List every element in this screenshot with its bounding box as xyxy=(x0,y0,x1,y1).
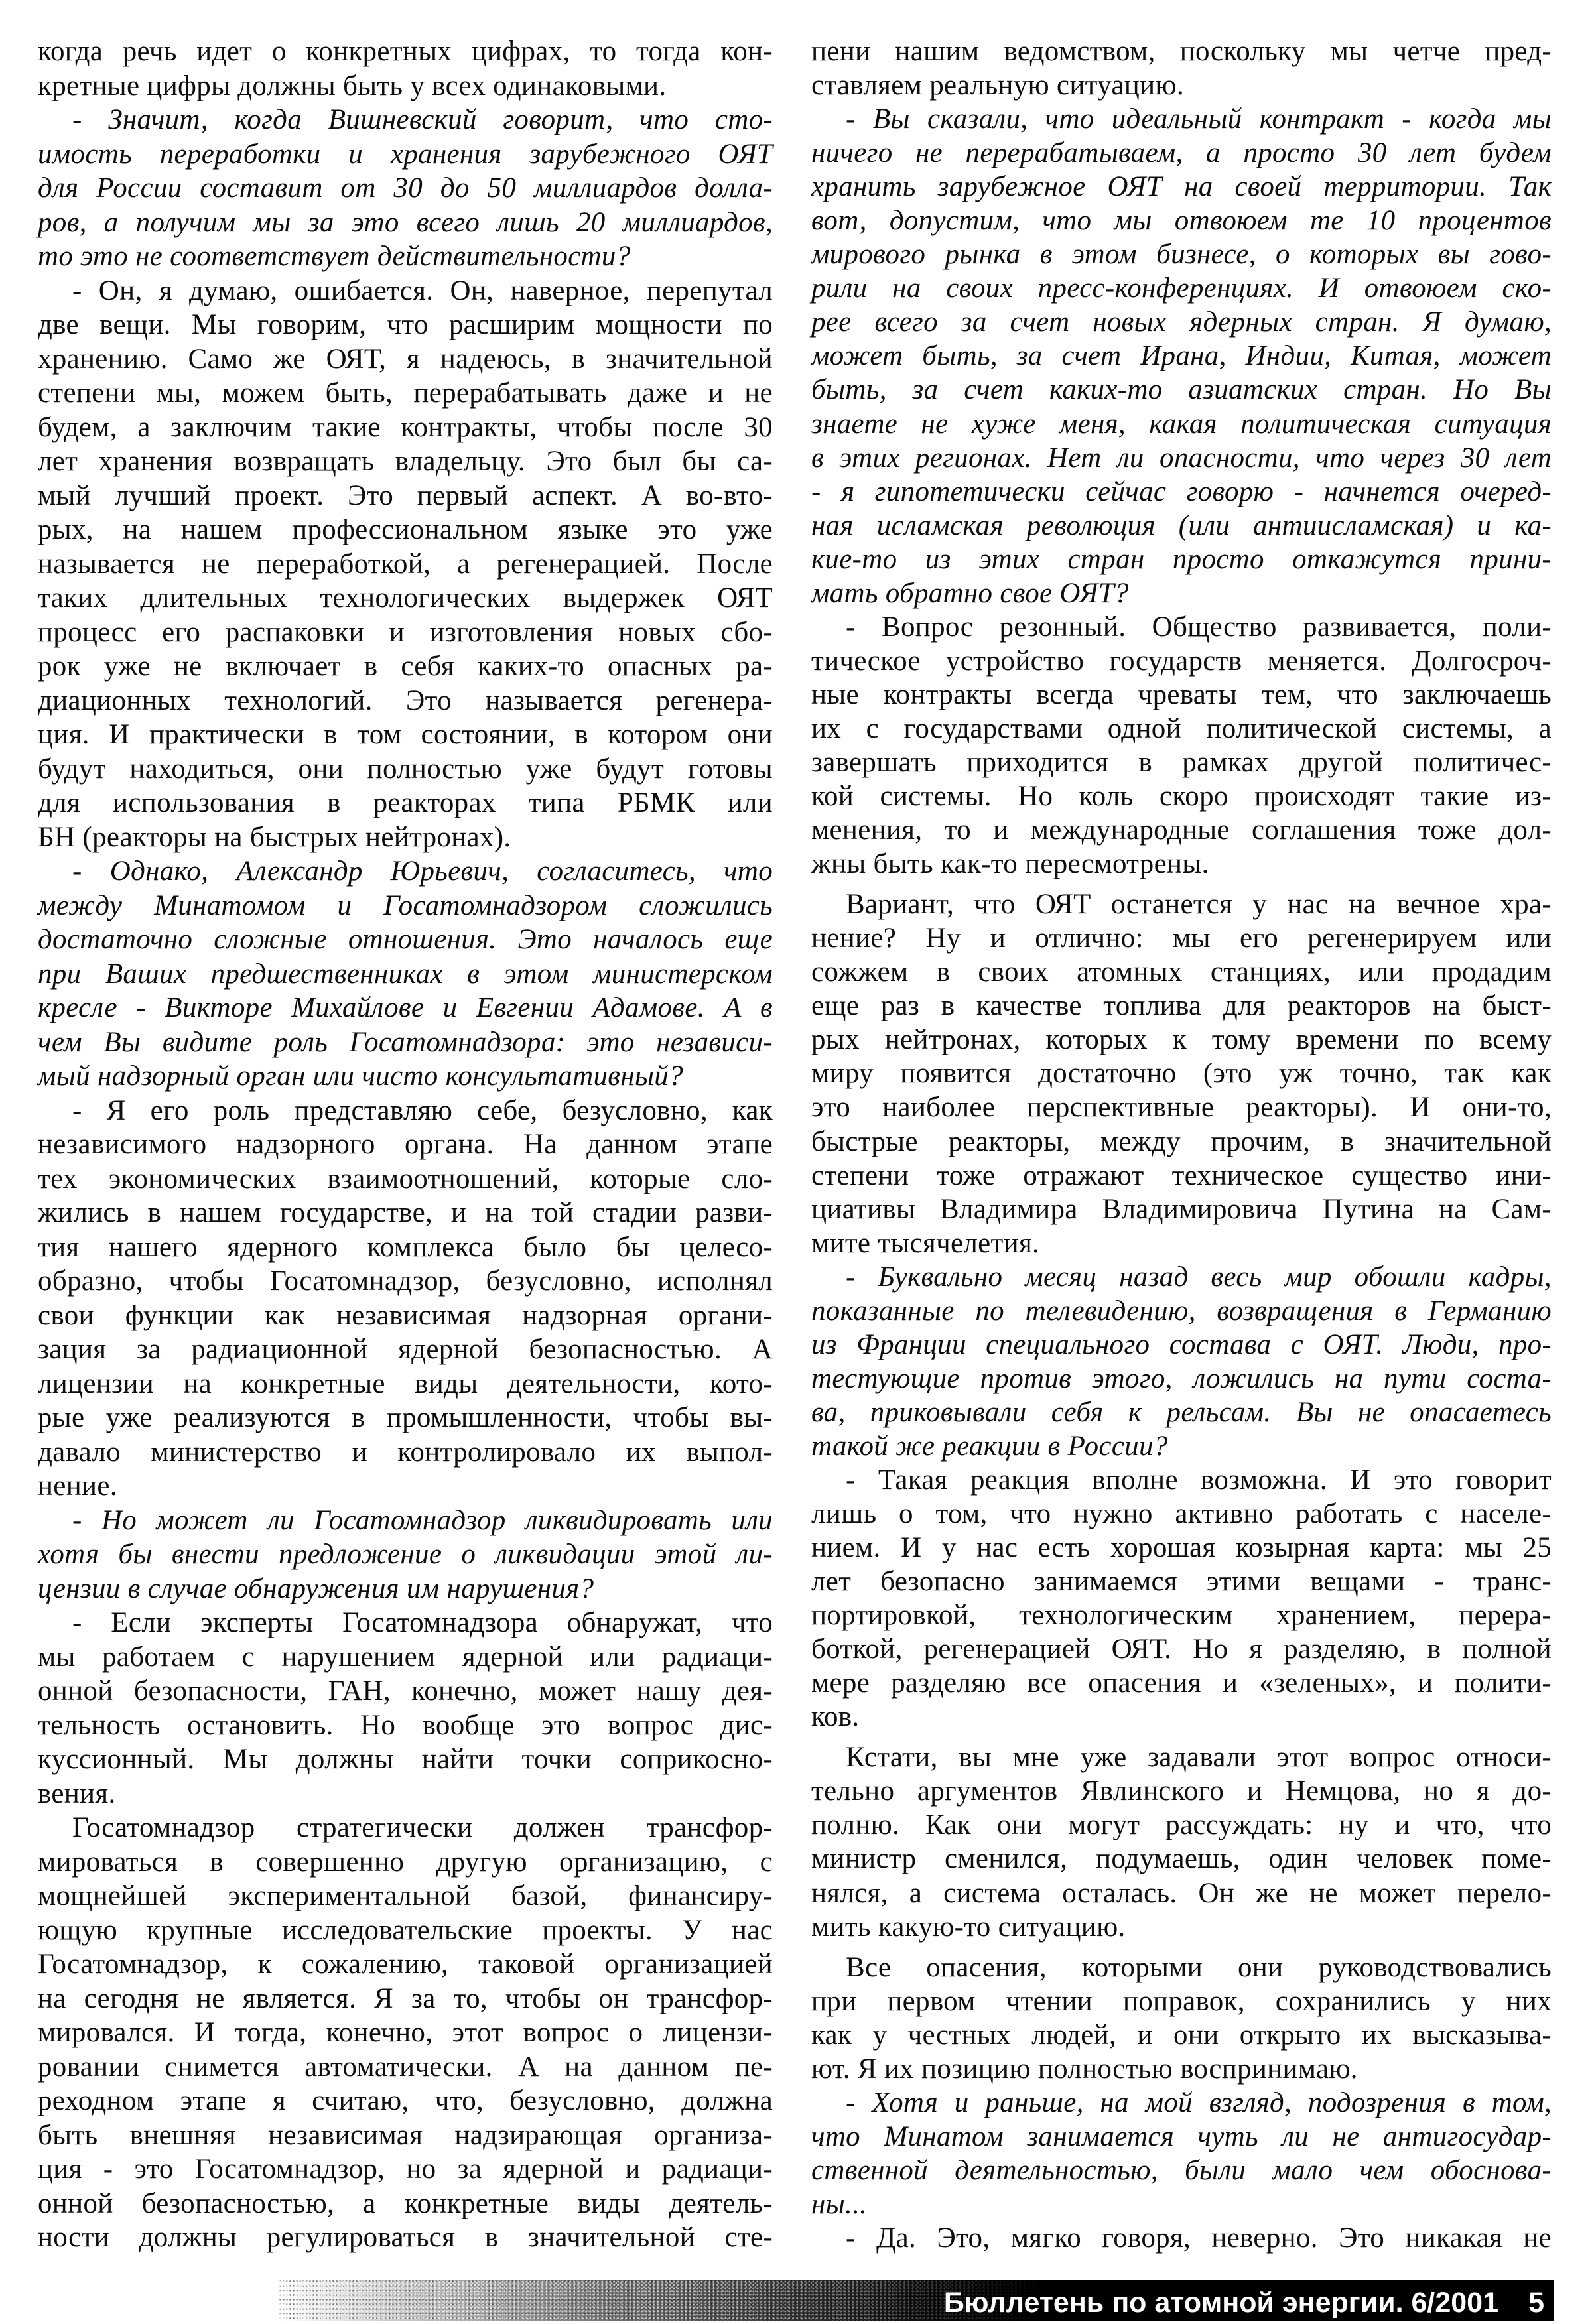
text-line: ничего не перерабатываем, а просто 30 ле… xyxy=(811,136,1552,170)
paragraph-answer: - Он, я думаю, ошибается. Он, наверное, … xyxy=(38,274,773,855)
text-line: это наиболее перспективные реакторы). И … xyxy=(811,1090,1552,1124)
text-line: менения, то и международные соглашения т… xyxy=(811,813,1552,847)
text-line: - Я его роль представляю себе, безусловн… xyxy=(38,1094,773,1128)
text-line: две вещи. Мы говорим, что расширим мощно… xyxy=(38,308,773,342)
text-line: будут находиться, они полностью уже буду… xyxy=(38,752,773,787)
text-line: тех экономических взаимоотношений, котор… xyxy=(38,1162,773,1196)
text-line: таких длительных технологических выдерже… xyxy=(38,581,773,615)
text-line: мироваться в совершенно другую организац… xyxy=(38,1845,773,1880)
text-line: жились в нашем государстве, и на той ста… xyxy=(38,1196,773,1230)
text-line: - Значит, когда Вишневский говорит, что … xyxy=(38,103,773,137)
text-line: - Да. Это, мягко говоря, неверно. Это ни… xyxy=(811,2221,1552,2255)
text-line: ция - это Госатомнадзор, но за ядерной и… xyxy=(38,2152,773,2187)
text-line: на сегодня не является. Я за то, чтобы о… xyxy=(38,1982,773,2016)
text-line: быть внешняя независимая надзирающая орг… xyxy=(38,2118,773,2153)
text-line: - Буквально месяц назад весь мир обошли … xyxy=(811,1260,1552,1294)
paragraph-question: - Вы сказали, что идеальный контракт - к… xyxy=(811,102,1552,610)
text-line: мить какую-то ситуацию. xyxy=(811,1910,1552,1944)
text-line: для использования в реакторах типа РБМК … xyxy=(38,786,773,820)
text-line: рые уже реализуются в промышленности, чт… xyxy=(38,1401,773,1435)
paragraph-answer: Госатомнадзор стратегически должен транс… xyxy=(38,1811,773,2255)
text-line: нием. И у нас есть хорошая козырная карт… xyxy=(811,1531,1552,1565)
text-line: ров, а получим мы за это всего лишь 20 м… xyxy=(38,206,773,240)
text-line: - Он, я думаю, ошибается. Он, наверное, … xyxy=(38,274,773,308)
text-line: мать обратно свое ОЯТ? xyxy=(811,576,1552,610)
text-line: давало министерство и контролировало их … xyxy=(38,1435,773,1470)
text-line: может быть, за счет Ирана, Индии, Китая,… xyxy=(811,339,1552,373)
paragraph-answer: - Да. Это, мягко говоря, неверно. Это ни… xyxy=(811,2221,1552,2255)
text-line: - Однако, Александр Юрьевич, согласитесь… xyxy=(38,854,773,889)
text-line: чем Вы видите роль Госатомнадзора: это н… xyxy=(38,1025,773,1060)
text-line: нялся, а система осталась. Он же не може… xyxy=(811,1876,1552,1910)
text-line: циативы Владимира Владимировича Путина н… xyxy=(811,1193,1552,1226)
text-line: онной безопасности, ГАН, конечно, может … xyxy=(38,1674,773,1709)
text-line: тельность остановить. Но вообще это вопр… xyxy=(38,1709,773,1743)
text-line: ны... xyxy=(811,2187,1552,2221)
text-line: цензии в случае обнаружения им нарушения… xyxy=(38,1572,773,1606)
text-line: рых, на нашем профессиональном языке это… xyxy=(38,513,773,547)
text-line: пени нашим ведомством, поскольку мы четч… xyxy=(811,34,1552,68)
text-line: ют. Я их позицию полностью воспринимаю. xyxy=(811,2052,1552,2086)
text-line: - Если эксперты Госатомнадзора обнаружат… xyxy=(38,1606,773,1640)
paragraph-answer: - Если эксперты Госатомнадзора обнаружат… xyxy=(38,1606,773,1811)
text-line: полню. Как они могут рассуждать: ну и чт… xyxy=(811,1808,1552,1842)
text-line: рили на своих пресс-конференциях. И отво… xyxy=(811,271,1552,305)
text-line: степени тоже отражают техническое сущест… xyxy=(811,1159,1552,1193)
text-line: - Такая реакция вполне возможна. И это г… xyxy=(811,1463,1552,1497)
text-line: при первом чтении поправок, сохранились … xyxy=(811,1984,1552,2018)
text-line: - Вы сказали, что идеальный контракт - к… xyxy=(811,102,1552,136)
text-line: лет хранения возвращать владельцу. Это б… xyxy=(38,444,773,479)
text-line: хранению. Само же ОЯТ, я надеюсь, в знач… xyxy=(38,342,773,377)
text-line: мирового рынка в этом бизнесе, о которых… xyxy=(811,237,1552,271)
text-line: нение. xyxy=(38,1469,773,1504)
text-line: как у честных людей, и они открыто их вы… xyxy=(811,2018,1552,2052)
paragraph-answer-continuation: пени нашим ведомством, поскольку мы четч… xyxy=(811,34,1552,102)
text-line: жны быть как-то пересмотрены. xyxy=(811,847,1552,881)
text-line: ровании снимется автоматически. А на дан… xyxy=(38,2050,773,2085)
text-line: тия нашего ядерного комплекса было бы це… xyxy=(38,1230,773,1265)
text-line: такой же реакции в России? xyxy=(811,1429,1552,1463)
text-line: процесс его распаковки и изготовления но… xyxy=(38,615,773,650)
text-line: ные контракты всегда чреваты тем, что за… xyxy=(811,678,1552,712)
text-line: диационных технологий. Это называется ре… xyxy=(38,684,773,718)
text-line: Вариант, что ОЯТ останется у нас на вечн… xyxy=(811,887,1552,921)
text-line: кретные цифры должны быть у всех одинако… xyxy=(38,69,773,103)
text-line: мощнейшей экспериментальной базой, финан… xyxy=(38,1879,773,1913)
text-line: мый надзорный орган или чисто консультат… xyxy=(38,1059,773,1094)
text-line: тическое устройство государств меняется.… xyxy=(811,644,1552,678)
text-line: хранить зарубежное ОЯТ на своей территор… xyxy=(811,170,1552,204)
paragraph-answer: - Вопрос резонный. Общество развивается,… xyxy=(811,610,1552,881)
halftone-gradient-decoration xyxy=(279,2280,1041,2321)
text-line: еще раз в качестве топлива для реакторов… xyxy=(811,989,1552,1023)
paragraph-answer: Кстати, вы мне уже задавали этот вопрос … xyxy=(811,1740,1552,1943)
text-line: Все опасения, которыми они руководствова… xyxy=(811,1951,1552,1984)
text-line: для России составит от 30 до 50 миллиард… xyxy=(38,171,773,206)
text-line: - Хотя и раньше, на мой взгляд, подозрен… xyxy=(811,2086,1552,2120)
text-line: Кстати, вы мне уже задавали этот вопрос … xyxy=(811,1740,1552,1774)
text-line: будем, а заключим такие контракты, чтобы… xyxy=(38,411,773,445)
text-line: портировкой, технологическим хранением, … xyxy=(811,1598,1552,1632)
text-line: боткой, регенерацией ОЯТ. Но я разделяю,… xyxy=(811,1632,1552,1666)
text-line: быть, за счет каких-то азиатских стран. … xyxy=(811,373,1552,407)
text-line: БН (реакторы на быстрых нейтронах). xyxy=(38,820,773,855)
text-line: Госатомнадзор, к сожалению, таковой орга… xyxy=(38,1947,773,1982)
text-line: лицензии на конкретные виды деятельности… xyxy=(38,1367,773,1401)
text-line: их с государствами одной политической си… xyxy=(811,712,1552,745)
text-line: ности должны регулироваться в значительн… xyxy=(38,2221,773,2255)
text-line: кресле - Викторе Михайлове и Евгении Ада… xyxy=(38,991,773,1025)
publication-title: Бюллетень по атомной энергии. 6/2001 xyxy=(944,2289,1498,2317)
text-line: при Ваших предшественниках в этом минист… xyxy=(38,957,773,992)
text-line: лет безопасно занимаемся этими вещами - … xyxy=(811,1565,1552,1598)
text-line: то это не соответствует действительности… xyxy=(38,239,773,274)
text-line: вения. xyxy=(38,1777,773,1811)
text-line: что Минатом занимается чуть ли не антиго… xyxy=(811,2120,1552,2154)
text-line: хотя бы внести предложение о ликвидации … xyxy=(38,1537,773,1572)
text-line: мый лучший проект. Это первый аспект. А … xyxy=(38,479,773,513)
text-line: - Но может ли Госатомнадзор ликвидироват… xyxy=(38,1504,773,1538)
paragraph-question: - Буквально месяц назад весь мир обошли … xyxy=(811,1260,1552,1463)
paragraph-question: - Хотя и раньше, на мой взгляд, подозрен… xyxy=(811,2086,1552,2221)
text-line: рок уже не включает в себя каких-то опас… xyxy=(38,649,773,684)
paragraph-answer: Все опасения, которыми они руководствова… xyxy=(811,1951,1552,2086)
text-line: ственной деятельностью, были мало чем об… xyxy=(811,2154,1552,2187)
page-number: 5 xyxy=(1528,2289,1544,2317)
article-right-column: пени нашим ведомством, поскольку мы четч… xyxy=(811,34,1552,2255)
text-line: между Минатомом и Госатомнадзором сложил… xyxy=(38,889,773,923)
text-line: ющую крупные исследовательские проекты. … xyxy=(38,1913,773,1948)
text-line: когда речь идет о конкретных цифрах, то … xyxy=(38,34,773,69)
text-line: куссионный. Мы должны найти точки соприк… xyxy=(38,1742,773,1777)
text-line: называется не переработкой, а регенераци… xyxy=(38,547,773,582)
paragraph-question: - Значит, когда Вишневский говорит, что … xyxy=(38,103,773,274)
text-line: рых нейтронах, которых к тому времени по… xyxy=(811,1023,1552,1057)
text-line: мировался. И тогда, конечно, этот вопрос… xyxy=(38,2016,773,2050)
text-line: ков. xyxy=(811,1700,1552,1734)
text-line: быстрые реакторы, между прочим, в значит… xyxy=(811,1125,1552,1159)
text-line: рее всего за счет новых ядерных стран. Я… xyxy=(811,305,1552,339)
text-line: зация за радиационной ядерной безопаснос… xyxy=(38,1332,773,1367)
text-line: мере разделяю все опасения и «зеленых», … xyxy=(811,1666,1552,1700)
text-line: кой системы. Но коль скоро происходят та… xyxy=(811,779,1552,813)
text-line: знаете не хуже меня, какая политическая … xyxy=(811,407,1552,441)
paragraph-answer-continuation: когда речь идет о конкретных цифрах, то … xyxy=(38,34,773,103)
text-line: сожжем в своих атомных станциях, или про… xyxy=(811,955,1552,989)
text-line: - Вопрос резонный. Общество развивается,… xyxy=(811,610,1552,644)
paragraph-answer: Вариант, что ОЯТ останется у нас на вечн… xyxy=(811,887,1552,1260)
text-line: завершать приходится в рамках другой пол… xyxy=(811,745,1552,779)
text-line: кие-то из этих стран просто откажутся пр… xyxy=(811,543,1552,576)
text-line: показанные по телевидению, возвращения в… xyxy=(811,1294,1552,1328)
text-line: образно, чтобы Госатомнадзор, безусловно… xyxy=(38,1264,773,1299)
paragraph-answer: - Такая реакция вполне возможна. И это г… xyxy=(811,1463,1552,1734)
text-line: мы работаем с нарушением ядерной или рад… xyxy=(38,1640,773,1675)
text-line: имость переработки и хранения зарубежног… xyxy=(38,137,773,172)
article-left-column: когда речь идет о конкретных цифрах, то … xyxy=(38,34,773,2255)
text-line: Госатомнадзор стратегически должен транс… xyxy=(38,1811,773,1845)
text-line: нение? Ну и отлично: мы его регенерируем… xyxy=(811,921,1552,955)
text-line: - я гипотетически сейчас говорю - начнет… xyxy=(811,475,1552,509)
text-line: тестующие против этого, ложились на пути… xyxy=(811,1362,1552,1395)
text-line: ция. И практически в том состоянии, в ко… xyxy=(38,718,773,752)
text-line: министр сменился, подумаешь, один челове… xyxy=(811,1842,1552,1876)
text-line: в этих регионах. Нет ли опасности, что ч… xyxy=(811,441,1552,475)
text-line: ва, приковывали себя к рельсам. Вы не оп… xyxy=(811,1395,1552,1429)
text-line: лишь о том, что нужно активно работать с… xyxy=(811,1497,1552,1531)
text-line: свои функции как независимая надзорная о… xyxy=(38,1299,773,1333)
text-line: миру появится достаточно (это уж точно, … xyxy=(811,1057,1552,1090)
text-line: степени мы, можем быть, перерабатывать д… xyxy=(38,376,773,411)
paragraph-question: - Однако, Александр Юрьевич, согласитесь… xyxy=(38,854,773,1094)
text-line: из Франции специального состава с ОЯТ. Л… xyxy=(811,1328,1552,1362)
paragraph-question: - Но может ли Госатомнадзор ликвидироват… xyxy=(38,1504,773,1606)
text-line: достаточно сложные отношения. Это начало… xyxy=(38,923,773,957)
text-line: ставляем реальную ситуацию. xyxy=(811,68,1552,102)
text-line: ная исламская революция (или антиисламск… xyxy=(811,509,1552,543)
footer-bar: Бюллетень по атомной энергии. 6/2001 5 xyxy=(279,2280,1554,2321)
text-line: мите тысячелетия. xyxy=(811,1226,1552,1260)
text-line: онной безопасностью, а конкретные виды д… xyxy=(38,2187,773,2221)
text-line: тельно аргументов Явлинского и Немцова, … xyxy=(811,1774,1552,1808)
paragraph-answer: - Я его роль представляю себе, безусловн… xyxy=(38,1094,773,1504)
text-line: вот, допустим, что мы отвоюем те 10 проц… xyxy=(811,204,1552,237)
text-line: независимого надзорного органа. На данно… xyxy=(38,1128,773,1162)
text-line: реходном этапе я считаю, что, безусловно… xyxy=(38,2084,773,2118)
